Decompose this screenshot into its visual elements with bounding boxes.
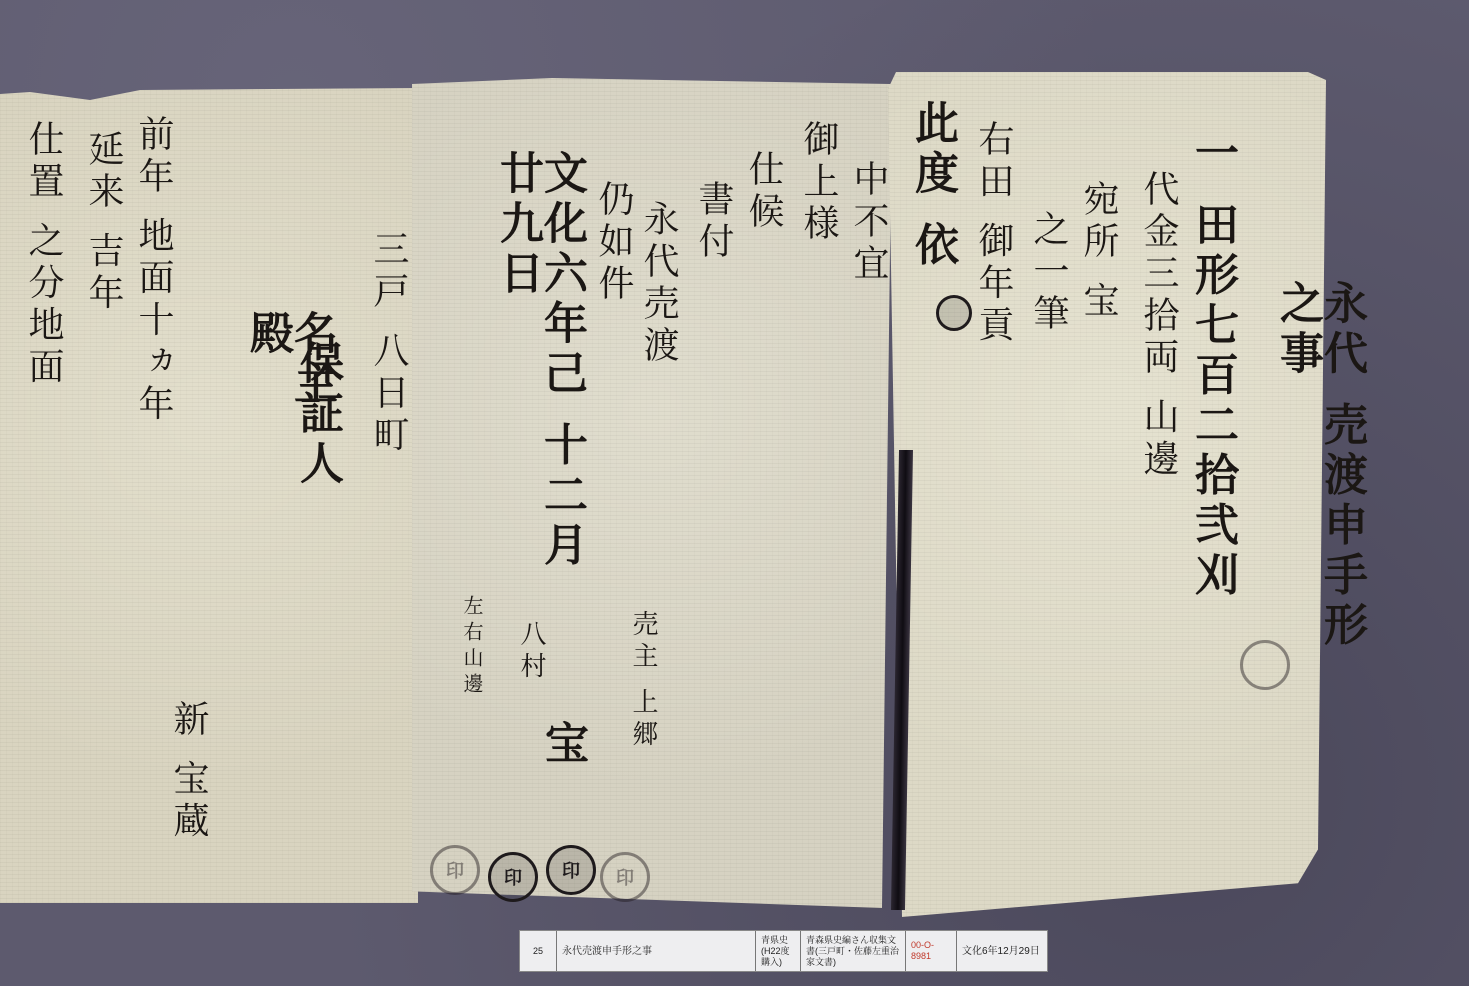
text-column: 仍如件 — [595, 180, 631, 580]
text-column: 名主 殿 — [245, 310, 333, 470]
seal-stamp: 印 — [430, 845, 480, 895]
text-column: 宛所 宝 — [1080, 180, 1116, 680]
seal-stamp: 印 — [488, 852, 538, 902]
text-column: 三戸 八日町 — [370, 230, 406, 530]
catalogue-code: 00-O-8981 — [906, 931, 957, 971]
document-date: 文化六年己 十二月廿九日 — [495, 150, 583, 610]
catalogue-source-detail: 青森県史編さん収集文書(三戸町・佐藤左重治家文書) — [801, 931, 906, 971]
seal-stamp — [936, 295, 972, 331]
text-column: 中不宜 — [850, 160, 886, 860]
catalogue-date: 文化6年12月29日 — [957, 931, 1047, 971]
catalogue-label: 25 永代売渡申手形之事 青県史 (H22度購入) 青森県史編さん収集文書(三戸… — [519, 930, 1048, 972]
signature-text: 売主 上郷 — [630, 610, 656, 810]
catalogue-number: 25 — [520, 931, 557, 971]
text-column: 御上様 — [800, 120, 836, 820]
catalogue-title: 永代売渡申手形之事 — [557, 931, 756, 971]
seal-stamp: 印 — [600, 852, 650, 902]
text-column: 之一筆 — [1030, 210, 1066, 710]
text-column: 書付 — [695, 180, 731, 880]
signature-text: 左右山邊 — [462, 595, 482, 795]
text-column: 一 田形七百二拾弐刈 — [1190, 130, 1234, 690]
catalogue-source-collection: 青県史 (H22度購入) — [756, 931, 801, 971]
text-column: 新 宝蔵 — [170, 700, 206, 900]
text-column: 仕候 — [745, 150, 781, 850]
seal-stamp: 印 — [546, 845, 596, 895]
seal-stamp — [1240, 640, 1290, 690]
text-column: 前年 地面十ヵ年 — [135, 115, 171, 875]
text-column: 仕置 之分地面 — [25, 120, 61, 860]
signature-text: 宝 — [540, 720, 584, 860]
document-heading: 永代 売渡申手形之事 — [1275, 280, 1363, 680]
text-column: 延来 吉年 — [85, 130, 121, 870]
text-column: 代金三拾両 山邊 — [1140, 170, 1176, 670]
text-column: 此度 依 — [910, 100, 954, 680]
text-column: 右田 御年貢 — [975, 120, 1011, 640]
